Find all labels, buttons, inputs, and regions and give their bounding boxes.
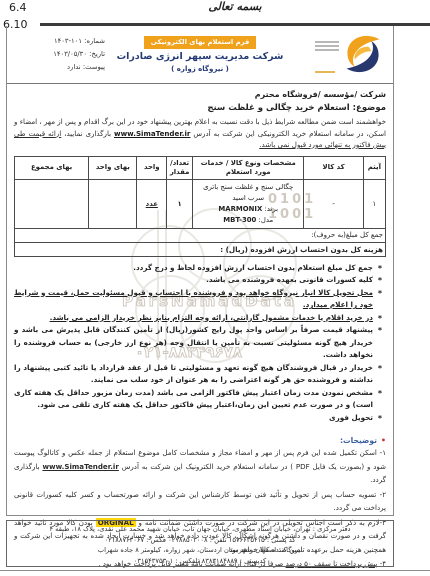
total-in-words-row: جمع کل مبلغ(به حروف):: [15, 228, 386, 242]
brand-value: MARMONIX: [218, 205, 262, 213]
simatender-link-2[interactable]: www.SimaTender.ir: [42, 462, 118, 471]
recipient-line: شرکت /مؤسسه /فروشگاه محترم: [14, 90, 386, 99]
condition-4: در خرید اقلام یا خدمات مشمول گارانتی، ار…: [14, 312, 382, 325]
page-annotation-1: 6.4: [9, 1, 27, 14]
col-total-price: بهای مجموع: [15, 156, 89, 179]
condition-1: جمع کل مبلغ استعلام بدون احتساب ارزش افز…: [14, 262, 382, 275]
item-total-price-cell[interactable]: [15, 179, 89, 228]
model-value: MBT-300: [223, 216, 256, 224]
total-cost-row: هزینه کل بدون احتساب ارزش افزوده (ریال) …: [15, 242, 386, 256]
inquiry-form-document: { "annotations": { "top_left_1": "6.4", …: [0, 0, 430, 576]
form-date-value: ۱۴۰۳/۰۵/۳۰: [53, 48, 87, 61]
total-in-words-label[interactable]: جمع کل مبلغ(به حروف):: [15, 228, 386, 242]
form-number: شماره: ۱۴۰۳-۱۰۱: [13, 35, 105, 48]
intro-paragraph: خواهشمند است ضمن مطالعه شرایط ذیل با دقت…: [14, 116, 386, 151]
logo-subcaption-line: [315, 71, 335, 73]
item-unit-price-cell[interactable]: [89, 179, 137, 228]
plant-name: ( نیروگاه زواره ): [115, 65, 285, 73]
col-specs: مشخصات ونوع کالا / خدمات مورد استعلام: [193, 156, 304, 179]
col-product-code: کد کالا: [304, 156, 363, 179]
col-quantity: تعداد/ مقدار: [167, 156, 193, 179]
condition-2: کلیه کسورات قانونی بعهده فروشنده می باشد…: [14, 274, 382, 287]
footer-head-office: دفتر مرکزی : تهران، خیابان استاد مطهری، …: [7, 524, 393, 535]
notes-heading: توضیحات:: [14, 436, 386, 445]
col-item: آیتم: [363, 156, 385, 179]
form-type-badge: فرم استعلام بهای الکترونیکی: [144, 36, 257, 50]
footer-postal-phone: کد پستی : ۱۵۷۶۶۳۵۴۱۵ تلفن : ۰۲۱۸۸۵۰۳۰۰۸ …: [7, 535, 393, 546]
note-2: ۲- تسویه حساب پس از تحویل و تأئید فنی تو…: [14, 488, 386, 515]
item-qty-cell: ۱: [167, 179, 193, 228]
contact-footer: دفتر مرکزی : تهران، خیابان استاد مطهری، …: [6, 520, 394, 567]
note-1: ۱- اسکن تکمیل شده این فرم پس از مهر و ام…: [14, 446, 386, 487]
form-page: فرم استعلام بهای الکترونیکی شرکت مدیریت …: [6, 26, 394, 516]
form-titles: فرم استعلام بهای الکترونیکی شرکت مدیریت …: [115, 29, 285, 73]
footer-plant-address: نیروگاه : اصفهان، شهرستان اردستان، شهر ز…: [7, 545, 393, 556]
item-code-cell: -: [304, 179, 363, 228]
condition-8: تحویل فوری: [14, 412, 382, 425]
subject-line: موضوع: استعلام خرید چگالی و غلظت سنج: [14, 103, 386, 113]
conditions-list: جمع کل مبلغ استعلام بدون احتساب ارزش افز…: [14, 262, 386, 425]
table-row: ۱ - چگالی سنج و غلظت سنج باتری سرب اسید …: [15, 179, 386, 228]
form-date: تاریخ: ۱۴۰۳/۰۵/۳۰: [13, 48, 105, 61]
condition-5: پیشنهاد قیمت صرفاً بر اساس واحد پول رایج…: [14, 324, 382, 362]
footer-plant-postal: کدپستی : ۸۳۸۳۱۸۴۸۸۹ تلفکس : ۰۳۱۵۴۳۷۵۳۰۱: [7, 556, 393, 567]
form-attachment: پیوست: ندارد: [13, 61, 105, 74]
company-logo: [313, 31, 385, 79]
total-cost-label[interactable]: هزینه کل بدون احتساب ارزش افزوده (ریال) …: [15, 242, 386, 256]
item-description-cell: چگالی سنج و غلظت سنج باتری سرب اسید برند…: [193, 179, 304, 228]
sepehr-energy-logo-icon: [341, 31, 385, 77]
form-attachment-value: ندارد: [67, 63, 81, 71]
company-name: شرکت مدیریت سپهر انرژی صادرات: [115, 51, 285, 63]
form-body: شرکت /مؤسسه /فروشگاه محترم موضوع: استعلا…: [7, 84, 393, 571]
condition-6: خریدار در قبال فروشندگان هیچ گونه تعهد و…: [14, 362, 382, 387]
items-table: آیتم کد کالا مشخصات ونوع کالا / خدمات مو…: [14, 156, 386, 257]
condition-7: مشخص نمودن مدت زمان اعتبار پیش فاکتور ال…: [14, 387, 382, 412]
form-number-value: ۱۴۰۳-۱۰۱: [54, 35, 82, 48]
form-header: فرم استعلام بهای الکترونیکی شرکت مدیریت …: [7, 26, 393, 84]
bismillah-calligraphy: بسمه تعالی: [195, 0, 275, 13]
simatender-link[interactable]: www.SimaTender.ir: [114, 129, 190, 138]
col-unit: واحد: [137, 156, 167, 179]
logo-caption-lines: [315, 39, 339, 53]
item-number-cell: ۱: [363, 179, 385, 228]
item-unit-cell: عدد: [137, 179, 167, 228]
items-table-header-row: آیتم کد کالا مشخصات ونوع کالا / خدمات مو…: [15, 156, 386, 179]
condition-3: محل تحویل کالا انبار نیروگاه خواهد بود و…: [14, 287, 382, 312]
form-meta: شماره: ۱۴۰۳-۱۰۱ تاریخ: ۱۴۰۳/۰۵/۳۰ پیوست:…: [13, 35, 105, 74]
col-unit-price: بهای واحد: [89, 156, 137, 179]
